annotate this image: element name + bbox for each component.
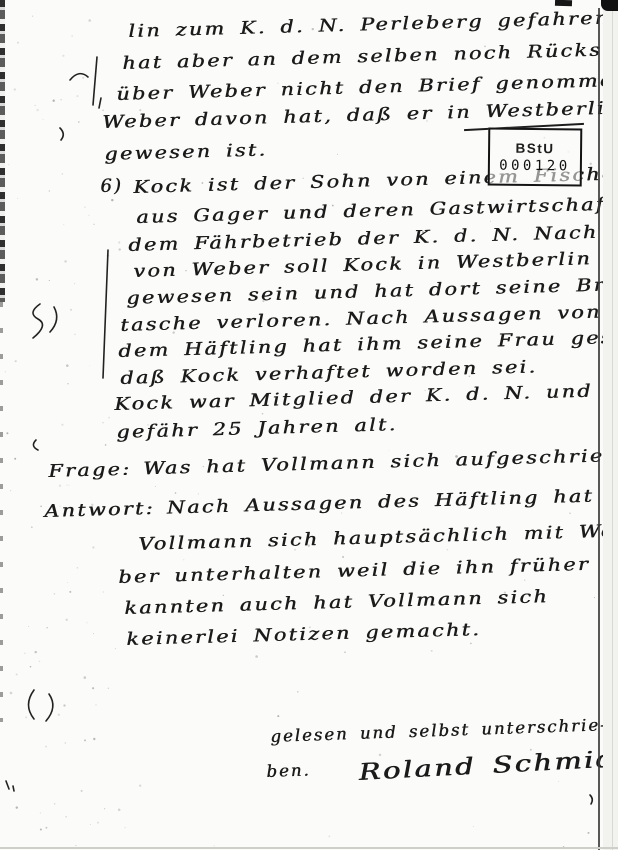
handwriting-line: gewesen ist. bbox=[104, 140, 268, 165]
margin-stroke bbox=[70, 74, 88, 80]
scan-right-margin bbox=[603, 0, 618, 850]
handwriting-line: gefähr 25 Jahren alt. bbox=[116, 415, 398, 443]
scan-right-line bbox=[598, 8, 600, 850]
question-line: Frage:Was hat Vollmann sich aufgeschrieb… bbox=[48, 445, 618, 482]
scan-left-edge-lower bbox=[0, 302, 3, 722]
margin-stroke bbox=[99, 98, 101, 108]
margin-stroke bbox=[60, 128, 63, 140]
handwriting-line: aus Gager und deren Gastwirtschaft auf bbox=[136, 193, 618, 228]
margin-mark bbox=[590, 795, 592, 804]
answer-label: Antwort: bbox=[44, 499, 155, 522]
margin-mark bbox=[33, 440, 38, 450]
margin-curl bbox=[50, 307, 57, 332]
handwriting-line: hat aber an dem selben noch Rücksprache bbox=[122, 38, 618, 74]
item-number: 6) bbox=[100, 175, 123, 197]
bstu-stamp: BStU 000120 bbox=[488, 128, 583, 187]
scan-right-faint-line bbox=[612, 0, 613, 850]
answer-text: Nach Aussagen des Häftling hat bbox=[166, 487, 594, 519]
scan-bottom-edge bbox=[0, 847, 618, 849]
margin-curl bbox=[33, 304, 43, 338]
handwriting-line: Vollmann sich hauptsächlich mit We- bbox=[138, 521, 618, 555]
handwriting-line: kannten auch hat Vollmann sich bbox=[124, 587, 549, 619]
margin-line-segment bbox=[103, 250, 108, 378]
margin-stroke bbox=[93, 57, 97, 105]
question-label: Frage: bbox=[48, 460, 132, 482]
handwriting-line: lin zum K. d. N. Perleberg gefahren bbox=[128, 9, 611, 42]
margin-paren bbox=[46, 694, 53, 721]
stamp-page-number: 000120 bbox=[499, 157, 571, 174]
stamp-org-label: BStU bbox=[516, 140, 555, 155]
scan-top-mark bbox=[555, 0, 572, 6]
scan-left-edge bbox=[0, 0, 5, 302]
document-scan-page: lin zum K. d. N. Perleberg gefahren hat … bbox=[0, 0, 618, 850]
scan-corner-mark bbox=[601, 0, 618, 11]
closing-line: ben. bbox=[266, 760, 311, 781]
question-text: Was hat Vollmann sich aufgeschrieben bbox=[143, 445, 618, 479]
margin-paren bbox=[29, 690, 35, 719]
closing-line: gelesen und selbst unterschrie- bbox=[270, 715, 608, 746]
margin-mark bbox=[6, 781, 14, 791]
handwriting-line: keinerlei Notizen gemacht. bbox=[126, 620, 481, 650]
handwriting-line: ber unterhalten weil die ihn früher bbox=[118, 555, 590, 588]
answer-line: Antwort:Nach Aussagen des Häftling hat bbox=[44, 487, 594, 522]
signature: Roland Schmidt bbox=[358, 746, 618, 786]
